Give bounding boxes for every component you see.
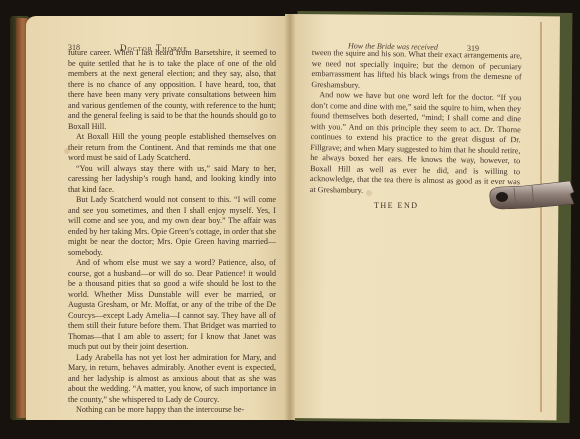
paragraph: “You will always stay there with us,” sa… <box>68 164 276 196</box>
book-gutter <box>285 14 295 420</box>
metal-clip-icon <box>484 180 576 212</box>
left-page-text: future career. When I last heard from Ba… <box>68 48 276 416</box>
paragraph: And of whom else must we say a word? Pat… <box>68 258 276 353</box>
paragraph: future career. When I last heard from Ba… <box>68 48 276 132</box>
paragraph: Lady Arabella has not yet lost her admir… <box>68 353 276 406</box>
paragraph: Nothing can be more happy than the inter… <box>68 405 276 416</box>
paragraph: But Lady Scatcherd would not consent to … <box>68 195 276 258</box>
paragraph: tween the squire and his son. What their… <box>311 48 522 93</box>
page-fold-line <box>540 22 542 412</box>
right-page-text: tween the squire and his son. What their… <box>310 48 522 198</box>
the-end-heading: THE END <box>374 201 419 210</box>
paragraph: At Boxall Hill the young people establis… <box>68 132 276 164</box>
